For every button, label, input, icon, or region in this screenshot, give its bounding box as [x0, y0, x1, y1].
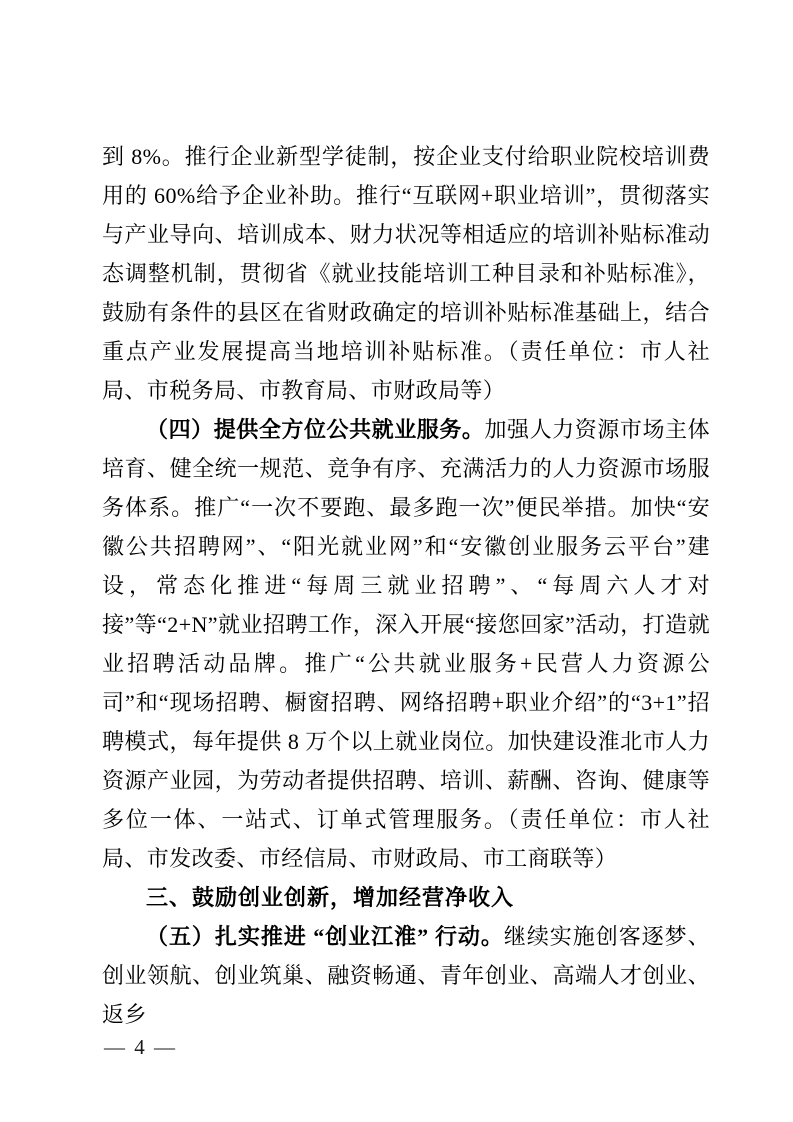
document-body: 到 8%。推行企业新型学徒制，按企业支付给职业院校培训费用的 60%给予企业补助…	[102, 137, 710, 1034]
item-5-bold-lead: （五）扎实推进 “创业江淮” 行动。	[146, 924, 504, 949]
page-number: — 4 —	[104, 1035, 177, 1060]
paragraph-training-subsidy-continuation: 到 8%。推行企业新型学徒制，按企业支付给职业院校培训费用的 60%给予企业补助…	[102, 137, 710, 410]
document-page: 到 8%。推行企业新型学徒制，按企业支付给职业院校培训费用的 60%给予企业补助…	[0, 0, 793, 1122]
item-4-bold-lead: （四）提供全方位公共就业服务。	[146, 417, 484, 442]
paragraph-item-5-chuangye-jianghuai: （五）扎实推进 “创业江淮” 行动。继续实施创客逐梦、创业领航、创业筑巢、融资畅…	[102, 917, 710, 1034]
paragraph-text: 到 8%。推行企业新型学徒制，按企业支付给职业院校培训费用的 60%给予企业补助…	[102, 144, 710, 403]
item-4-body-text: 加强人力资源市场主体培育、健全统一规范、竞争有序、充满活力的人力资源市场服务体系…	[102, 417, 710, 871]
section-3-heading-text: 三、鼓励创业创新，增加经营净收入	[146, 885, 514, 910]
section-3-heading: 三、鼓励创业创新，增加经营净收入	[102, 878, 710, 917]
paragraph-item-4-public-employment-services: （四）提供全方位公共就业服务。加强人力资源市场主体培育、健全统一规范、竞争有序、…	[102, 410, 710, 878]
